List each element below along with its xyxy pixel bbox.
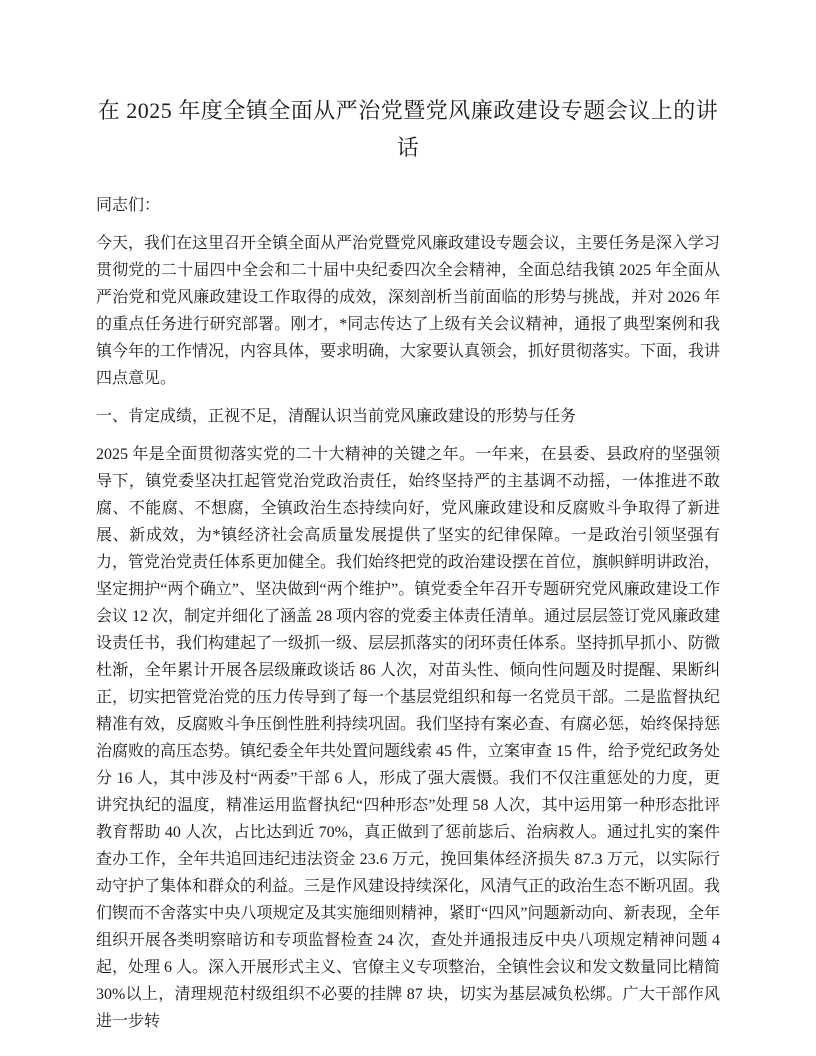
- paragraph-section-1-body: 2025 年是全面贯彻落实党的二十大精神的关键之年。一年来，在县委、县政府的坚强…: [96, 441, 720, 1035]
- paragraph-intro: 今天，我们在这里召开全镇全面从严治党暨党风廉政建设专题会议，主要任务是深入学习贯…: [96, 230, 720, 392]
- greeting-line: 同志们：: [96, 192, 720, 219]
- section-heading-1: 一、肯定成绩，正视不足，清醒认识当前党风廉政建设的形势与任务: [96, 403, 720, 430]
- document-page: 在 2025 年度全镇全面从严治党暨党风廉政建设专题会议上的讲话 同志们： 今天…: [0, 0, 816, 1056]
- document-title: 在 2025 年度全镇全面从严治党暨党风廉政建设专题会议上的讲话: [96, 92, 720, 166]
